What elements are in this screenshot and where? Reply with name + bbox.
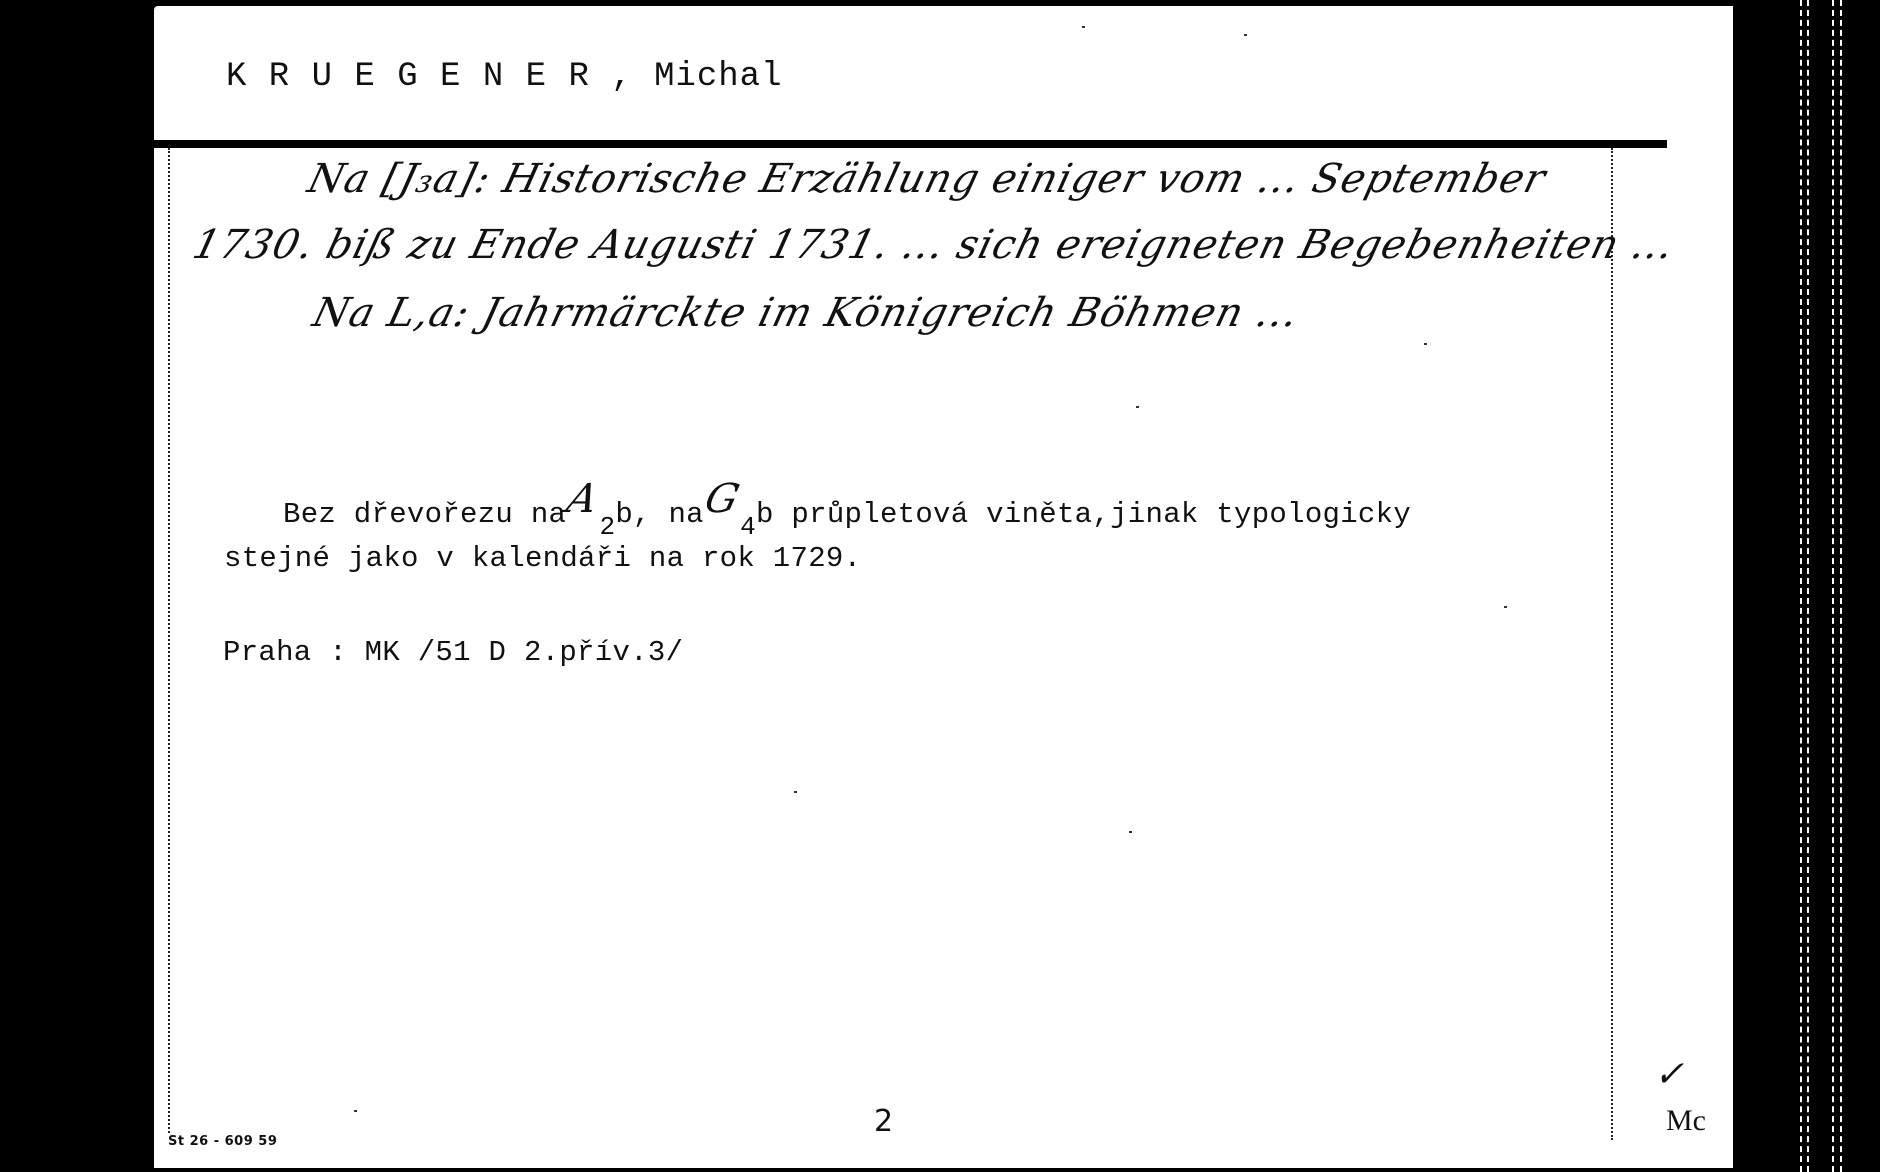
scan-edge-strip [1840, 0, 1842, 1172]
description-text-c: b průpletová viněta,jinak typologicky [756, 498, 1411, 531]
description-line-2: stejné jako v kalendáři na rok 1729. [224, 542, 861, 575]
catalog-card: K R U E G E N E R , Michal Na [J₃a]: His… [154, 6, 1733, 1168]
description-text-b: b, na [615, 498, 704, 531]
scan-speck [1082, 26, 1085, 28]
left-margin-line [168, 148, 170, 1133]
description-text-a: Bez dřevořezu na [283, 498, 566, 531]
page-number: 2 [874, 1104, 893, 1139]
form-code: St 26 - 609 59 [168, 1134, 277, 1149]
scan-speck [1136, 406, 1139, 408]
author-heading: K R U E G E N E R , Michal [226, 58, 783, 96]
scan-speck [1504, 606, 1507, 608]
shelf-location: Praha : MK /51 D 2.přív.3/ [223, 636, 683, 669]
scan-speck [1244, 34, 1247, 36]
handwritten-title-line-3: Na L,a: Jahrmärckte im Königreich Böhmen… [308, 290, 1304, 336]
handwritten-title-line-1: Na [J₃a]: Historische Erzählung einiger … [303, 156, 1550, 202]
scan-edge-strip [1807, 0, 1809, 1172]
signature-letter-2: G [700, 476, 744, 522]
description-line-1: Bez dřevořezu naA2b, naG4b průpletová vi… [283, 486, 1411, 532]
scan-edge-strip [1832, 0, 1834, 1172]
check-mark-icon: ✓ [1654, 1054, 1684, 1095]
right-margin-line [1611, 148, 1613, 1140]
scan-speck [1129, 831, 1132, 833]
signature-number-2: 4 [740, 512, 756, 542]
handwritten-title-line-2: 1730. biß zu Ende Augusti 1731. ... sich… [188, 222, 1679, 268]
scan-speck [794, 791, 797, 793]
cataloger-initials: Mc [1666, 1104, 1706, 1138]
header-divider [154, 140, 1667, 148]
scan-speck [1424, 343, 1427, 345]
scan-edge-strip [1800, 0, 1802, 1172]
signature-letter-1: A [563, 476, 604, 522]
signature-number-1: 2 [599, 512, 615, 542]
scan-speck [354, 1110, 357, 1112]
